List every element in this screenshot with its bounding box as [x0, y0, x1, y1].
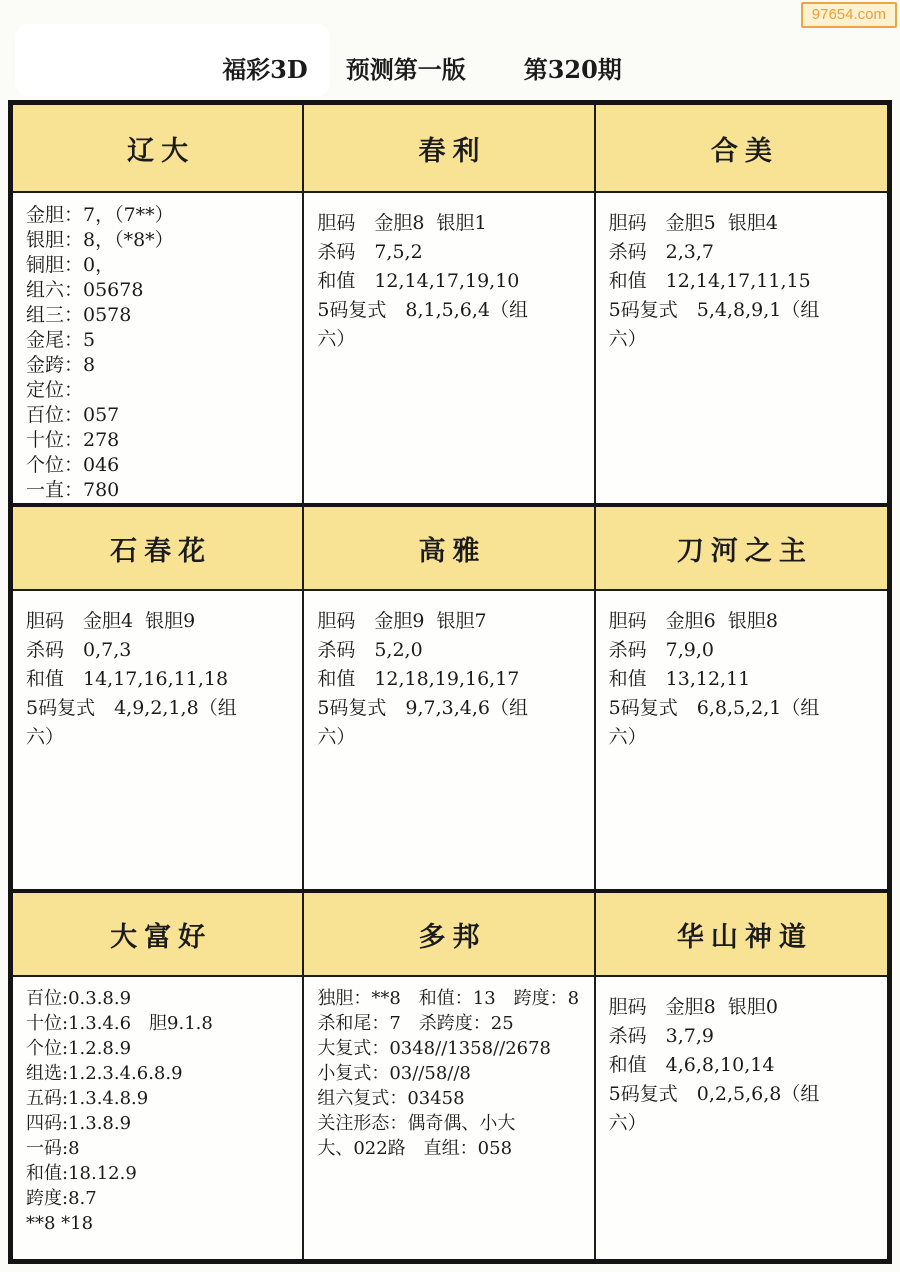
text-line: 十位:1.3.4.6 胆9.1.8	[26, 1011, 292, 1036]
text-line: 跨度:8.7	[26, 1186, 292, 1211]
text-line: 关注形态：偶奇偶、小大	[317, 1111, 583, 1136]
page-title: 福彩3D 预测第一版 第320期	[0, 50, 872, 85]
text-line: 银胆：8，（*8*）	[26, 228, 292, 253]
text-line: 一直：780	[26, 478, 292, 503]
text-line: 和值 4,6,8,10,14	[609, 1051, 877, 1080]
panel-header-hemei: 合美	[596, 105, 887, 193]
text-line: 和值 12,18,19,16,17	[317, 665, 583, 694]
text-line: 金跨：8	[26, 353, 292, 378]
text-line: 组六复式：03458	[317, 1086, 583, 1111]
text-line: 大复式：0348//1358//2678	[317, 1036, 583, 1061]
panel-header-chunli: 春利	[304, 105, 595, 193]
text-line: 百位：057	[26, 403, 292, 428]
text-line: **8 *18	[26, 1211, 292, 1236]
panel-header-dafuhao: 大富好	[13, 889, 304, 977]
text-line: 六）	[26, 723, 292, 752]
watermark-link[interactable]: 97654.com	[801, 2, 897, 28]
panel-body-daohezhizhu: 胆码 金胆6 银胆8杀码 7,9,0和值 13,12,115码复式 6,8,5,…	[596, 591, 887, 889]
title-issue: 第320期	[524, 50, 622, 85]
panel-header-huashanshendao: 华山神道	[596, 889, 887, 977]
text-line: 和值 14,17,16,11,18	[26, 665, 292, 694]
panel-body-duobang: 独胆：**8 和值：13 跨度：8杀和尾：7 杀跨度：25大复式：0348//1…	[304, 977, 595, 1259]
text-line: 杀码 7,5,2	[317, 238, 583, 267]
text-line: 组六：05678	[26, 278, 292, 303]
text-line: 5码复式 9,7,3,4,6（组	[317, 694, 583, 723]
text-line: 和值:18.12.9	[26, 1161, 292, 1186]
text-line: 六）	[317, 325, 583, 354]
text-line: 百位:0.3.8.9	[26, 986, 292, 1011]
panel-header-gaoya: 高雅	[304, 503, 595, 591]
title-brand: 福彩3D	[222, 50, 308, 85]
text-line: 组选:1.2.3.4.6.8.9	[26, 1061, 292, 1086]
text-line: 四码:1.3.8.9	[26, 1111, 292, 1136]
text-line: 和值 13,12,11	[609, 665, 877, 694]
panel-header-liaoda: 辽大	[13, 105, 304, 193]
text-line: 杀码 2,3,7	[609, 238, 877, 267]
text-line: 铜胆：0，	[26, 253, 292, 278]
text-line: 独胆：**8 和值：13 跨度：8	[317, 986, 583, 1011]
text-line: 5码复式 5,4,8,9,1（组	[609, 296, 877, 325]
page-header: 福彩3D 预测第一版 第320期 97654.com	[0, 0, 900, 100]
text-line: 定位：	[26, 378, 292, 403]
panel-body-gaoya: 胆码 金胆9 银胆7杀码 5,2,0和值 12,18,19,16,175码复式 …	[304, 591, 595, 889]
text-line: 胆码 金胆5 银胆4	[609, 209, 877, 238]
text-line: 个位：046	[26, 453, 292, 478]
text-line: 5码复式 0,2,5,6,8（组	[609, 1080, 877, 1109]
text-line: 杀码 3,7,9	[609, 1022, 877, 1051]
text-line: 六）	[317, 723, 583, 752]
text-line: 组三：0578	[26, 303, 292, 328]
text-line: 5码复式 8,1,5,6,4（组	[317, 296, 583, 325]
text-line: 杀和尾：7 杀跨度：25	[317, 1011, 583, 1036]
text-line: 胆码 金胆8 银胆1	[317, 209, 583, 238]
text-line: 杀码 5,2,0	[317, 636, 583, 665]
panel-header-daohezhizhu: 刀河之主	[596, 503, 887, 591]
text-line: 十位：278	[26, 428, 292, 453]
text-line: 5码复式 6,8,5,2,1（组	[609, 694, 877, 723]
text-line: 六）	[609, 325, 877, 354]
text-line: 金胆：7，（7**）	[26, 203, 292, 228]
text-line: 和值 12,14,17,19,10	[317, 267, 583, 296]
text-line: 胆码 金胆4 银胆9	[26, 607, 292, 636]
text-line: 六）	[609, 723, 877, 752]
panel-body-huashanshendao: 胆码 金胆8 银胆0杀码 3,7,9和值 4,6,8,10,145码复式 0,2…	[596, 977, 887, 1259]
text-line: 杀码 7,9,0	[609, 636, 877, 665]
panel-body-dafuhao: 百位:0.3.8.9十位:1.3.4.6 胆9.1.8个位:1.2.8.9组选:…	[13, 977, 304, 1259]
text-line: 杀码 0,7,3	[26, 636, 292, 665]
text-line: 金尾：5	[26, 328, 292, 353]
panel-body-shichunhua: 胆码 金胆4 银胆9杀码 0,7,3和值 14,17,16,11,185码复式 …	[13, 591, 304, 889]
title-edition: 预测第一版	[346, 50, 466, 85]
panel-header-shichunhua: 石春花	[13, 503, 304, 591]
panel-body-chunli: 胆码 金胆8 银胆1杀码 7,5,2和值 12,14,17,19,105码复式 …	[304, 193, 595, 503]
panel-body-hemei: 胆码 金胆5 银胆4杀码 2,3,7和值 12,14,17,11,155码复式 …	[596, 193, 887, 503]
text-line: 5码复式 4,9,2,1,8（组	[26, 694, 292, 723]
panel-header-duobang: 多邦	[304, 889, 595, 977]
text-line: 和值 12,14,17,11,15	[609, 267, 877, 296]
prediction-grid: 辽大 春利 合美 金胆：7，（7**）银胆：8，（*8*）铜胆：0，组六：056…	[8, 100, 892, 1264]
text-line: 胆码 金胆9 银胆7	[317, 607, 583, 636]
text-line: 五码:1.3.4.8.9	[26, 1086, 292, 1111]
text-line: 个位:1.2.8.9	[26, 1036, 292, 1061]
text-line: 胆码 金胆8 银胆0	[609, 993, 877, 1022]
panel-body-liaoda: 金胆：7，（7**）银胆：8，（*8*）铜胆：0，组六：05678组三：0578…	[13, 193, 304, 503]
text-line: 一码:8	[26, 1136, 292, 1161]
text-line: 六）	[609, 1109, 877, 1138]
text-line: 大、022路 直组：058	[317, 1136, 583, 1161]
text-line: 胆码 金胆6 银胆8	[609, 607, 877, 636]
text-line: 小复式：03//58//8	[317, 1061, 583, 1086]
